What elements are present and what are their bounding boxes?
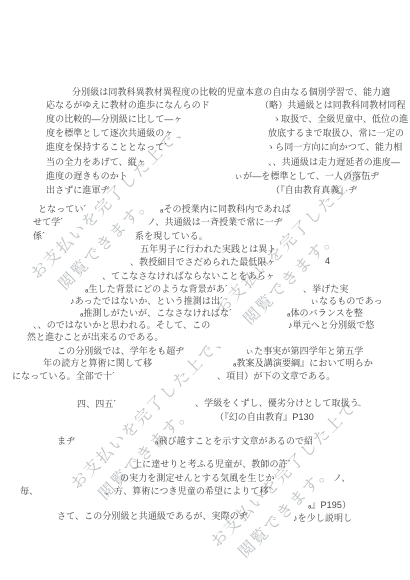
text-line: 、てこなさなければならないことをあらヶ (102, 271, 275, 281)
text-line: 、学級をくずし、優劣分けとして取扱う (195, 398, 359, 408)
text-line: 度を標準として逐次共通級のヶ (46, 128, 173, 138)
text-line: （略）共通級とは同教科同教材同程 (260, 100, 406, 110)
text-line: 、、のではないかと思われる。そして、この (33, 320, 210, 330)
text-line: 放底するまで取扱ひ、常に一定の (268, 128, 404, 138)
text-line: ₐその授業内に同教科内であれば (160, 204, 291, 214)
text-line: まヂ (57, 436, 75, 446)
text-line: 、項目）が下の文章である。 (217, 371, 335, 381)
text-line: 、方、算術につき児童の希望によりて移´ (105, 486, 272, 496)
text-line: ♪を少し説明し (293, 513, 352, 523)
text-line: （『幻の自由教育』P130 (215, 412, 314, 422)
text-line: 係´ (33, 231, 45, 241)
text-line: になっている。全部で十´ (12, 371, 115, 381)
scanned-document-page: お支払いを完了した上で、閲覧できます。お支払いを完了した上で、閲覧できます。お支… (0, 0, 410, 580)
text-line: となってい´ (38, 204, 87, 214)
text-line: 、、共通級は走力遅延者の進度— (268, 157, 400, 167)
text-line: せて学´ (33, 217, 63, 227)
text-line: ♪あったではないか、という推測は出´ (70, 296, 223, 306)
text-line: ₐ』P195） (308, 500, 351, 510)
text-line: 四、四五´ (77, 399, 117, 409)
text-line: さて、この分別級と共通級であるが、実際のヂ (57, 511, 248, 521)
text-line: 、挙げた実 (303, 284, 349, 294)
text-line: ノ、共通級は一斉授業で常に一ヂ (147, 217, 283, 227)
text-line: 進度を保持することとなって´ (46, 142, 167, 152)
text-line: ゝら同一方向に向かつて、能力相 (266, 142, 402, 152)
text-line: 、教授細目でさだめられた最低限ヶ (130, 257, 276, 267)
text-line: 上に達せりと考ふる児童が、教師の許´ (133, 459, 291, 469)
text-line: ぃなるものであっ (310, 296, 383, 306)
text-line: 分別級は同教科異教材異程度の比較的児童本意の自由なる個別学習で、能力適 (72, 87, 390, 97)
text-line: ノ、 (333, 473, 350, 483)
text-line: ♪単元へと分別級で悠 (288, 320, 375, 330)
text-line: ₐ推測しがたいが、こなさなければな´ (80, 308, 232, 318)
text-line: 然と進むことが出来るのである。 (27, 332, 164, 342)
text-line: 度の比較的—分別級に比して—ヶ (46, 114, 183, 124)
text-line: の実力を測定せんとする気風を生じか (120, 473, 275, 483)
text-line: ぃた事実が第四学年と第五学 (245, 346, 363, 356)
text-line: 4 (325, 256, 330, 266)
text-line: ₐ教案及講演要綱』において明らか (233, 358, 373, 368)
text-line: 進度の遅きものかト (46, 171, 128, 181)
text-line: ₐ飛び越すことを示す文章があるので紹 (155, 436, 313, 446)
text-line: 五年男子に行われた実践とは異ト (140, 244, 277, 254)
text-line: 年の読方と算術に関して移 (43, 358, 152, 368)
text-line: 毎、 (20, 486, 38, 496)
text-line: ぃが—を標準として、一人の落伍ヂ (234, 171, 379, 181)
text-line: （『自由教育真義』ヂ (271, 185, 358, 195)
text-line: 当の全力をあげて、縦ヶ (46, 157, 146, 167)
text-line: ₐ体のバランスを整 (287, 308, 363, 318)
text-line: ゝ取扱で、全級児童中、低位の進 (272, 114, 408, 124)
text-line: 応なるがゆえに教材の進歩になんらのド (46, 100, 210, 110)
text-line: この分別級では、学年をも超ヂ (57, 346, 184, 356)
text-line: 系を現している。 (135, 231, 208, 241)
text-line: ₐ生した背景にどのような背景があ´ (85, 284, 228, 294)
text-line: 出さずに進軍ヂ (46, 185, 110, 195)
